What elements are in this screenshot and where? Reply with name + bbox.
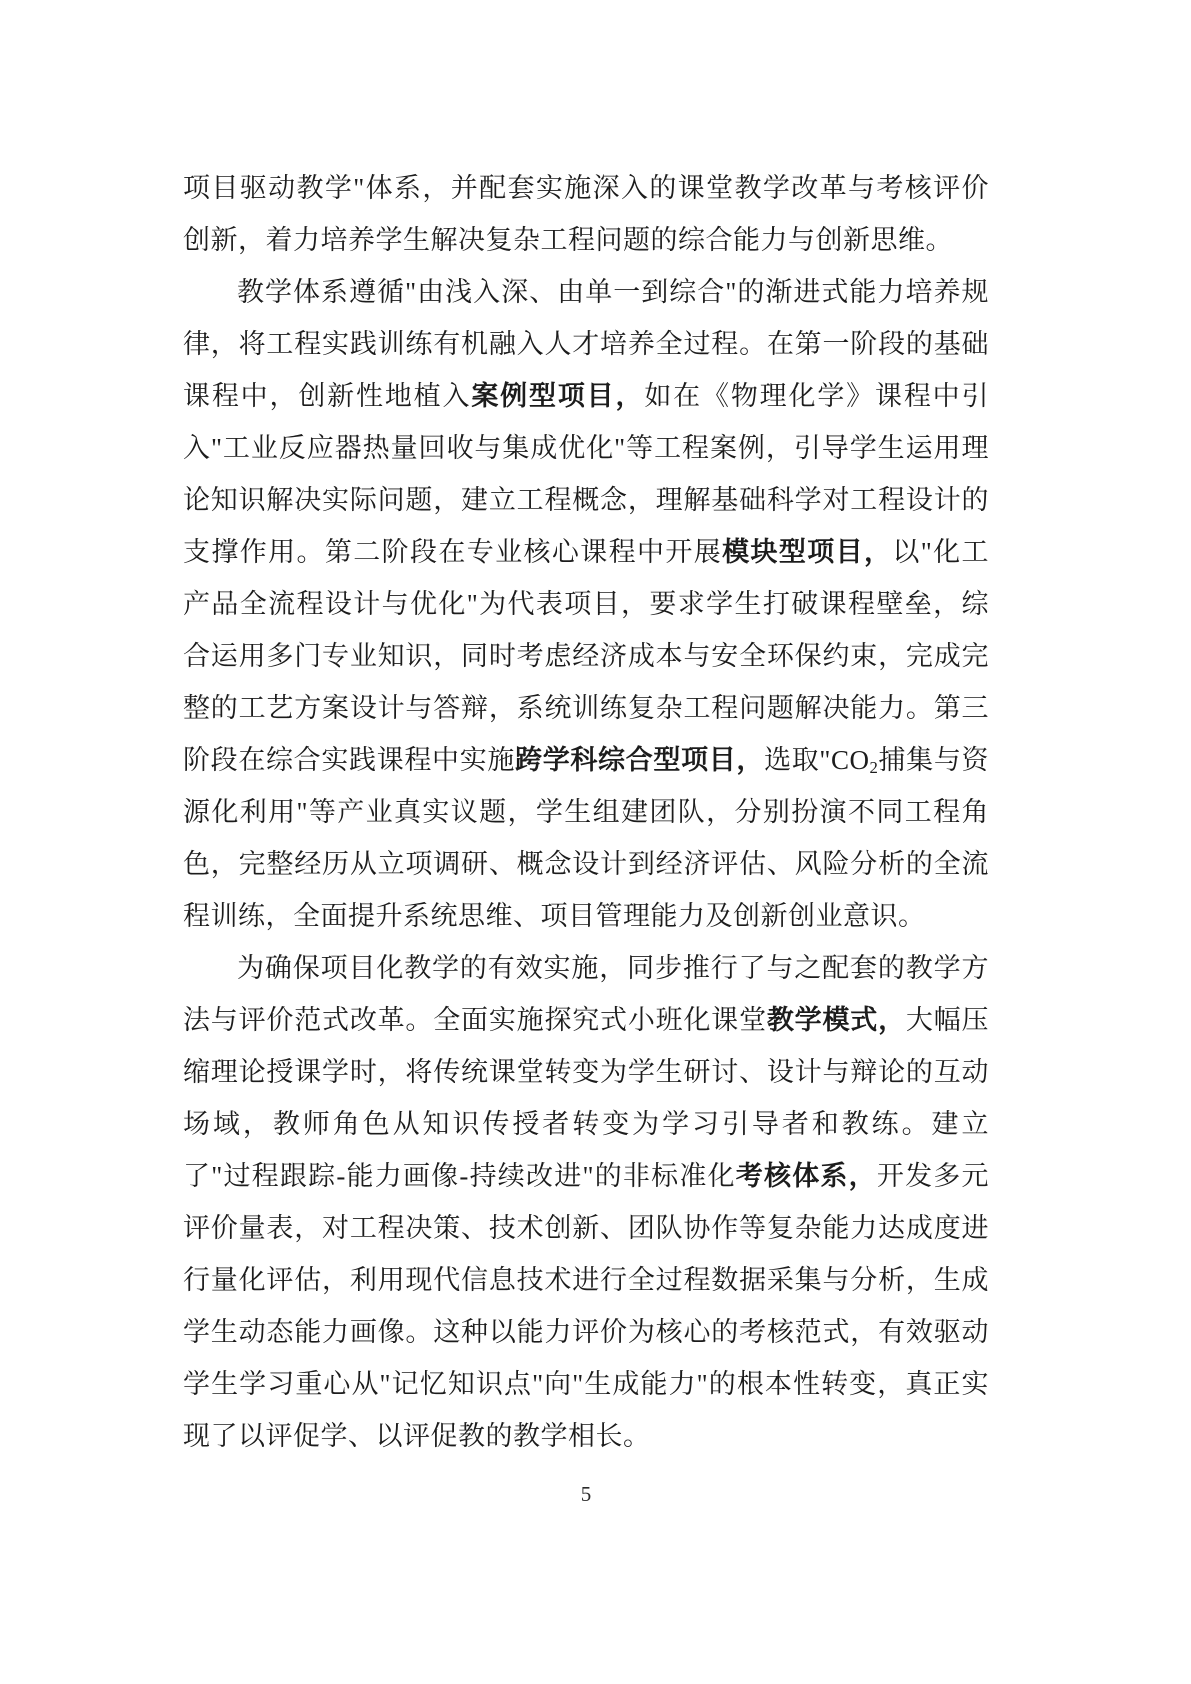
page-number: 5 <box>581 1482 592 1506</box>
bold-text-run: 跨学科综合型项目， <box>515 745 764 775</box>
paragraph: 项目驱动教学"体系，并配套实施深入的课堂教学改革与考核评价创新，着力培养学生解决… <box>183 162 989 266</box>
text-run: 以"化工产品全流程设计与优化"为代表项目，要求学生打破课程壁垒，综合运用多门专业… <box>183 537 989 775</box>
text-run: 项目驱动教学"体系，并配套实施深入的课堂教学改革与考核评价创新，着力培养学生解决… <box>183 173 989 255</box>
bold-text-run: 模块型项目， <box>722 537 892 567</box>
page-footer: 5 <box>183 1482 989 1507</box>
text-run: 开发多元评价量表，对工程决策、技术创新、团队协作等复杂能力达成度进行量化评估，利… <box>183 1161 989 1451</box>
paragraph: 教学体系遵循"由浅入深、由单一到综合"的渐进式能力培养规律，将工程实践训练有机融… <box>183 266 989 942</box>
document-page: 项目驱动教学"体系，并配套实施深入的课堂教学改革与考核评价创新，着力培养学生解决… <box>0 0 1191 1684</box>
subscript-run: 2 <box>869 758 878 777</box>
paragraph: 为确保项目化教学的有效实施，同步推行了与之配套的教学方法与评价范式改革。全面实施… <box>183 942 989 1462</box>
bold-text-run: 案例型项目， <box>471 381 644 411</box>
bold-text-run: 考核体系， <box>736 1161 877 1191</box>
text-run: 选取"CO <box>764 745 869 775</box>
document-body: 项目驱动教学"体系，并配套实施深入的课堂教学改革与考核评价创新，着力培养学生解决… <box>183 162 989 1462</box>
bold-text-run: 教学模式， <box>767 1005 906 1035</box>
